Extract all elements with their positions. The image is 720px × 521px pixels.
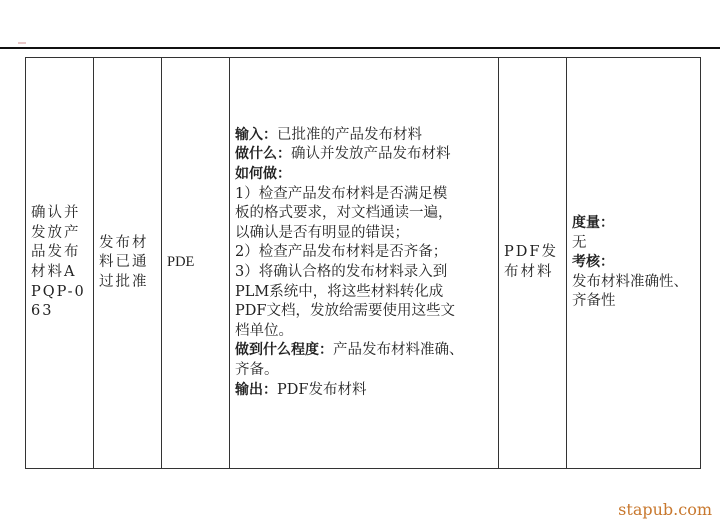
what-label: 做什么： [235,146,291,162]
extent-value: 产品发布材料准确、 [333,342,464,358]
what-line: 做什么：确认并发放产品发布材料 [235,145,493,165]
output-line: 输出：PDF发布材料 [235,381,493,401]
step-name-cell: 确认并发放产品发布材料APQP-063 [26,58,94,469]
measure-label: 度量： [572,214,695,234]
extent-label: 做到什么程度： [235,342,333,358]
metrics-cell: 度量： 无 考核： 发布材料准确性、 齐备性 [567,58,701,469]
what-value: 确认并发放产品发布材料 [291,146,451,162]
input-label: 输入： [235,127,277,143]
how-line: PDF文档，发放给需要使用这些文 [235,302,493,322]
description-cell: 输入：已批准的产品发布材料 做什么：确认并发放产品发布材料 如何做： 1）检查产… [230,58,499,469]
how-line: 档单位。 [235,322,493,342]
deliverable-text: PDF发布材料 [504,244,558,280]
owner-cell: PDE [162,58,230,469]
output-value: PDF发布材料 [277,382,366,398]
process-table: 确认并发放产品发布材料APQP-063 发布材料已通过批准 PDE 输入：已批准… [25,57,701,469]
step-name: 确认并发放产品发布材料APQP-063 [31,205,86,319]
corner-mark [18,42,26,44]
input-value: 已批准的产品发布材料 [277,127,422,143]
how-line: PLM系统中，将这些材料转化成 [235,283,493,303]
how-line: 1）检查产品发布材料是否满足模 [235,185,493,205]
output-label: 输出： [235,382,277,398]
input-line: 输入：已批准的产品发布材料 [235,126,493,146]
how-line: 以确认是否有明显的错误； [235,224,493,244]
watermark: stapub.com [618,500,712,519]
trigger-text: 发布材料已通过批准 [99,235,149,290]
assess-value: 发布材料准确性、 [572,273,695,293]
assess-value-cont: 齐备性 [572,292,695,312]
how-line: 2）检查产品发布材料是否齐备； [235,243,493,263]
how-label: 如何做： [235,165,493,185]
trigger-cell: 发布材料已通过批准 [94,58,162,469]
deliverable-cell: PDF发布材料 [499,58,567,469]
extent-line: 做到什么程度：产品发布材料准确、 [235,341,493,361]
how-line: 3）将确认合格的发布材料录入到 [235,263,493,283]
measure-value: 无 [572,234,695,254]
table-row: 确认并发放产品发布材料APQP-063 发布材料已通过批准 PDE 输入：已批准… [26,58,701,469]
header-rule [0,47,720,49]
owner-text: PDE [167,254,194,270]
assess-label: 考核： [572,253,695,273]
how-line: 板的格式要求，对文档通读一遍， [235,204,493,224]
extent-value-cont: 齐备。 [235,361,493,381]
